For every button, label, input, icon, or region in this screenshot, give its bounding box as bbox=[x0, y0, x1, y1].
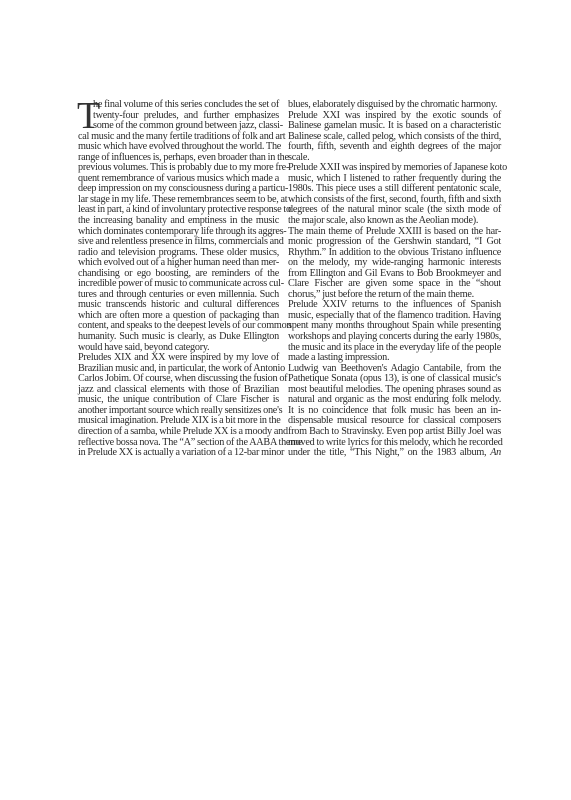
line-text: Ludwig van Beethoven's Adagio Cantabile,… bbox=[288, 363, 501, 374]
line-text: humanity. Such music is clearly, as Duke… bbox=[78, 331, 279, 342]
line-text: most beautiful melodies. The opening phr… bbox=[288, 384, 501, 395]
line-text: Preludes XIX and XX were inspired by my … bbox=[78, 352, 279, 363]
line-text: incredible power of music to communicate… bbox=[78, 278, 284, 289]
line-text: previous volumes. This is probably due t… bbox=[78, 162, 289, 173]
line-text: the major scale, also known as the Aeoli… bbox=[288, 215, 478, 226]
line-text: music, especially that of the flamenco t… bbox=[288, 310, 501, 321]
line-text: natural and organic as the most enduring… bbox=[288, 394, 501, 405]
line-text: another important source which really se… bbox=[78, 405, 282, 416]
line-text: direction of a samba, while Prelude XX i… bbox=[78, 426, 288, 437]
line-text: from Ellington and Gil Evans to Bob Broo… bbox=[288, 268, 501, 279]
line-text: music, which I listened to rather freque… bbox=[288, 173, 501, 184]
line-text: music transcends historic and cultural d… bbox=[78, 299, 279, 310]
line-text: made a lasting impression. bbox=[288, 352, 389, 363]
line-text: tures and through centuries or even mill… bbox=[78, 289, 279, 300]
line-text: range of influences is, perhaps, even br… bbox=[78, 152, 289, 163]
line-text: which are often more a question of packa… bbox=[78, 310, 279, 321]
line-text: which evolved out of a higher human need… bbox=[78, 257, 279, 268]
line-text: would have said, beyond category. bbox=[78, 342, 209, 353]
line-text: he final volume of this series concludes… bbox=[93, 99, 279, 110]
line-text: which consists of the first, second, fou… bbox=[288, 194, 501, 205]
line-text: music which have evolved throughout the … bbox=[78, 141, 281, 152]
line-text: in Prelude XX is actually a variation of… bbox=[78, 447, 284, 458]
line-text: Prelude XXIV returns to the influences o… bbox=[288, 299, 501, 310]
line-text: least in part, a kind of involuntary pro… bbox=[78, 204, 291, 215]
line-text: The main theme of Prelude XXIII is based… bbox=[288, 226, 501, 237]
line-text: jazz and classical elements with those o… bbox=[78, 384, 279, 395]
line-text: Carlos Jobim. Of course, when discussing… bbox=[78, 373, 287, 384]
line-text: fourth, fifth, seventh and eighth degree… bbox=[288, 141, 501, 152]
line-text: cal music and the many fertile tradition… bbox=[78, 131, 285, 142]
line-text: Prelude XXI was inspired by the exotic s… bbox=[288, 110, 501, 121]
drop-cap: T bbox=[77, 101, 100, 131]
line-text: reflective bossa nova. The “A” section o… bbox=[78, 437, 302, 448]
line-text: which dominates contemporary life throug… bbox=[78, 226, 286, 237]
line-text: sive and relentless presence in films, c… bbox=[78, 236, 284, 247]
line-text: dispensable musical resource for classic… bbox=[288, 415, 501, 426]
text-line: under the title, “This Night,” on the 19… bbox=[288, 448, 501, 459]
line-text: spent many months throughout Spain while… bbox=[288, 320, 501, 331]
line-text: twenty-four preludes, and further emphas… bbox=[93, 110, 279, 121]
line-text: It is no coincidence that folk music has… bbox=[288, 405, 501, 416]
line-text: Balinese gamelan music. It is based on a… bbox=[288, 120, 501, 131]
right-column: blues, elaborately disguised by the chro… bbox=[288, 100, 501, 459]
text-line: in Prelude XX is actually a variation of… bbox=[78, 448, 279, 459]
line-text: from Bach to Stravinsky. Even pop artist… bbox=[288, 426, 501, 437]
line-text: monic progression of the Gershwin standa… bbox=[288, 236, 501, 247]
album-title-italic: An bbox=[490, 447, 501, 458]
line-text: Pathetique Sonata (opus 13), is one of c… bbox=[288, 373, 501, 384]
line-text: content, and speaks to the deepest level… bbox=[78, 320, 291, 331]
line-text: Prelude XXII was inspired by memories of… bbox=[288, 162, 507, 173]
line-text: chorus,” just before the return of the m… bbox=[288, 289, 474, 300]
line-text: moved to write lyrics for this melody, w… bbox=[288, 437, 503, 448]
text-line: fourth, fifth, seventh and eighth degree… bbox=[288, 142, 501, 153]
line-text: chandising or ego boosting, are reminder… bbox=[78, 268, 279, 279]
line-text: 1980s. This piece uses a still different… bbox=[288, 183, 501, 194]
line-text: Balinese scale, called pelog, which cons… bbox=[288, 131, 501, 142]
line-text: Rhythm.” In addition to the obvious Tris… bbox=[288, 247, 501, 258]
line-text: musical imagination. Prelude XIX is a bi… bbox=[78, 415, 280, 426]
line-text: scale. bbox=[288, 152, 309, 163]
line-text: Clare Fischer are given some space in th… bbox=[288, 278, 501, 289]
line-text: deep impression on my consciousness duri… bbox=[78, 183, 288, 194]
line-text: the music and its place in the everyday … bbox=[288, 342, 501, 353]
line-text: Brazilian music and, in particular, the … bbox=[78, 363, 285, 374]
line-text: lar stage in my life. These remembrances… bbox=[78, 194, 287, 205]
line-text: quent remembrance of various musics whic… bbox=[78, 173, 279, 184]
line-text: some of the common ground between jazz, … bbox=[93, 120, 283, 131]
line-text: the increasing banality and emptiness in… bbox=[78, 215, 279, 226]
line-text: radio and television programs. These old… bbox=[78, 247, 279, 258]
line-text: degrees of the natural minor scale (the … bbox=[288, 204, 501, 215]
line-text: under the title, “This Night,” on the 19… bbox=[288, 447, 486, 458]
line-text: workshops and playing concerts during th… bbox=[288, 331, 501, 342]
line-text: on the melody, my wide-ranging harmonic … bbox=[288, 257, 501, 268]
line-text: blues, elaborately disguised by the chro… bbox=[288, 99, 497, 110]
line-text: music, the unique contribution of Clare … bbox=[78, 394, 279, 405]
left-column: T he final volume of this series conclud… bbox=[78, 100, 279, 459]
